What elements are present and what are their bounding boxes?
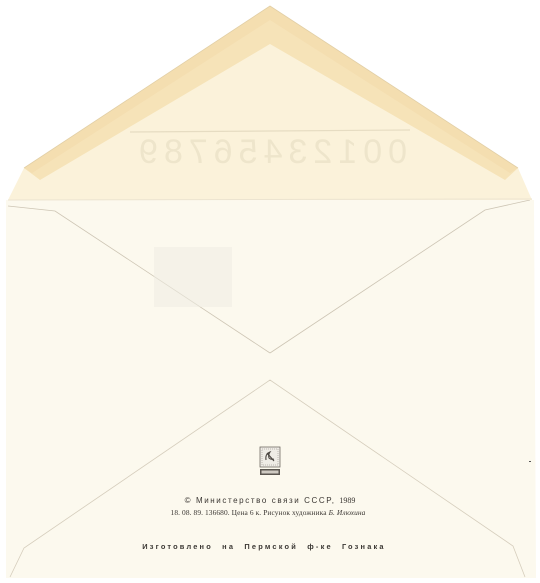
factory-line: Изготовлено на Пермской ф-ке Гознака: [0, 542, 534, 551]
artist-name: Б. Илюхина: [329, 508, 366, 517]
flap-show-through-number: 00123456789: [0, 133, 540, 172]
envelope-body: [6, 200, 536, 578]
hammer-and-sickle-icon: [260, 447, 280, 475]
publication-year: 1989: [339, 496, 355, 505]
print-details-line: 18. 08. 89. 136680. Цена 6 к. Рисунок ху…: [0, 508, 538, 517]
speck: [529, 461, 531, 462]
shadow-patch: [154, 247, 232, 307]
print-details: 18. 08. 89. 136680. Цена 6 к. Рисунок ху…: [171, 508, 327, 517]
publisher-name: Министерство связи СССР,: [196, 496, 336, 505]
copyright-symbol: ©: [185, 496, 193, 505]
copyright-line: © Министерство связи СССР, 1989: [0, 496, 540, 505]
